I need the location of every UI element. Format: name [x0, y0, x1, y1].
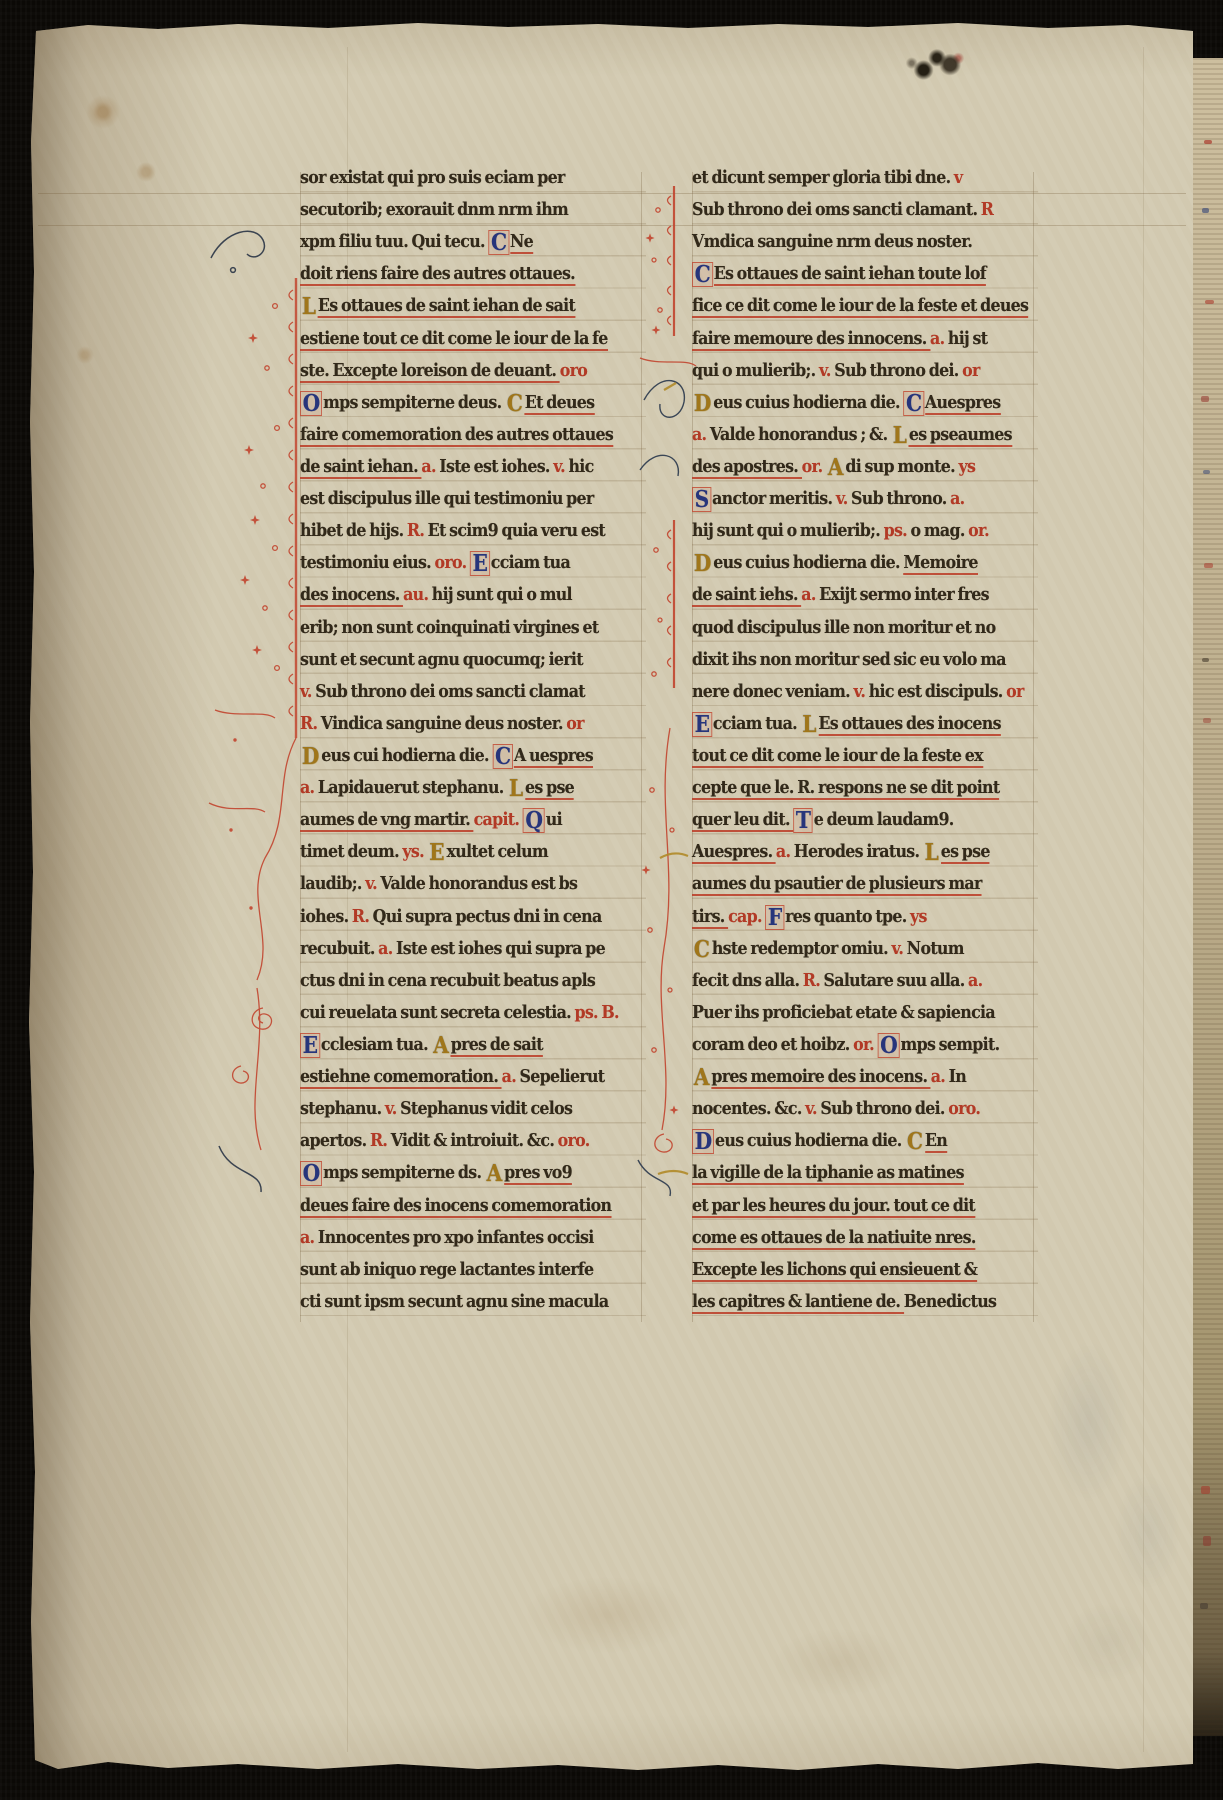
manuscript-text-line: Apres memoire des inocens. a. In: [692, 1061, 996, 1093]
illuminated-initial: E: [427, 841, 445, 864]
text-segment: aumes de vng martir.: [300, 809, 474, 832]
manuscript-text-line: Omps sempiterne ds. Apres vo9: [300, 1157, 604, 1189]
text-segment: v.: [365, 873, 380, 894]
manuscript-text-line: erib; non sunt coinquinati virgines et: [300, 612, 604, 644]
text-segment: Innocentes pro xpo infantes occisi: [318, 1227, 594, 1248]
manuscript-text-line: Sanctor meritis. v. Sub throno. a.: [692, 483, 996, 515]
text-segment: oro.: [434, 552, 469, 573]
text-column-left: sor existat qui pro suis eciam persecuto…: [300, 162, 646, 1318]
manuscript-text-line: est discipulus ille qui testimoniu per: [300, 483, 604, 515]
text-segment: Vidit & introiuit. &c.: [391, 1130, 558, 1151]
text-segment: ste. Excepte loreison de deuant.: [300, 360, 560, 383]
text-segment: pres memoire des inocens.: [711, 1066, 930, 1089]
text-segment: pres de sait: [451, 1034, 543, 1057]
text-segment: xultet celum: [447, 841, 548, 862]
text-segment: res quanto tpe.: [785, 906, 910, 927]
text-segment: a.: [300, 777, 318, 798]
manuscript-text-line: R. Vindica sanguine deus noster. or: [300, 708, 604, 740]
text-segment: sunt ab iniquo rege lactantes interfe: [300, 1259, 593, 1280]
text-segment: Auespres.: [692, 841, 776, 864]
manuscript-text-line: nere donec veniam. v. hic est discipuls.…: [692, 676, 996, 708]
fore-edge-speck: [1205, 300, 1214, 304]
manuscript-text-line: Deus cuius hodierna die. CEn: [692, 1125, 996, 1157]
text-segment: Et deues: [525, 392, 595, 415]
text-segment: oro.: [948, 1098, 980, 1119]
manuscript-text-line: Sub throno dei oms sancti clamant. R: [692, 194, 996, 226]
text-segment: a.: [968, 970, 982, 991]
manuscript-text-line: ctus dni in cena recubuit beatus apls: [300, 965, 604, 997]
manuscript-text-line: a. Valde honorandus ; &. Les pseaumes: [692, 419, 996, 451]
text-segment: a.: [378, 938, 396, 959]
fore-edge-speck: [1202, 658, 1209, 662]
text-segment: faire comemoration des autres ottaues: [300, 424, 613, 447]
text-segment: es pseaumes: [909, 424, 1012, 447]
text-segment: sunt et secunt agnu quocumq; ierit: [300, 649, 583, 670]
text-segment: v.: [300, 681, 315, 702]
text-segment: hij sunt qui o mulierib;.: [692, 520, 884, 541]
manuscript-text-line: iohes. R. Qui supra pectus dni in cena: [300, 901, 604, 933]
text-segment: Ne: [510, 231, 533, 254]
manuscript-text-line: Excepte les lichons qui ensieuent &: [692, 1254, 996, 1286]
text-segment: a.: [931, 1066, 949, 1087]
text-segment: qui o mulierib;.: [692, 360, 819, 381]
text-segment: v.: [853, 681, 868, 702]
manuscript-text-line: cti sunt ipsm secunt agnu sine macula: [300, 1286, 604, 1318]
text-segment: ctus dni in cena recubuit beatus apls: [300, 970, 595, 991]
illuminated-initial: A: [692, 1066, 711, 1089]
text-segment: Sub throno dei oms sancti clamant.: [692, 199, 981, 220]
fore-edge-speck: [1202, 208, 1209, 213]
illuminated-initial: L: [300, 295, 317, 318]
manuscript-text-line: a. Innocentes pro xpo infantes occisi: [300, 1222, 604, 1254]
text-segment: or.: [802, 456, 826, 477]
manuscript-text-line: recubuit. a. Iste est iohes qui supra pe: [300, 933, 604, 965]
text-segment: Sub throno dei.: [834, 360, 962, 381]
text-segment: hibet de hijs.: [300, 520, 407, 541]
text-segment: or: [566, 713, 584, 734]
illuminated-initial: O: [300, 1161, 322, 1186]
text-segment: a.: [930, 328, 948, 349]
text-segment: v.: [805, 1098, 820, 1119]
illuminated-initial: L: [891, 424, 908, 447]
illuminated-initial: L: [923, 841, 940, 864]
illuminated-initial: Q: [523, 808, 545, 833]
illuminated-initial: C: [505, 392, 524, 415]
manuscript-text-line: sunt ab iniquo rege lactantes interfe: [300, 1254, 604, 1286]
text-segment: erib; non sunt coinquinati virgines et: [300, 617, 598, 638]
text-segment: hij st: [948, 328, 987, 349]
text-segment: Memoire: [903, 552, 977, 575]
manuscript-text-line: Puer ihs proficiebat etate & sapiencia: [692, 997, 996, 1029]
text-segment: or: [1006, 681, 1024, 702]
text-segment: hic: [568, 456, 593, 477]
manuscript-text-line: Omps sempiterne deus. CEt deues: [300, 387, 604, 419]
parchment-page: sor existat qui pro suis eciam persecuto…: [28, 22, 1193, 1774]
text-segment: pres vo9: [504, 1162, 572, 1185]
text-segment: la vigille de la tiphanie as matines: [692, 1162, 964, 1185]
pen-flourish-left-margin: [205, 218, 305, 1218]
text-segment: Benedictus: [904, 1291, 997, 1312]
manuscript-text-line: sunt et secunt agnu quocumq; ierit: [300, 644, 604, 676]
text-segment: fecit dns alla.: [692, 970, 803, 991]
text-segment: R.: [370, 1130, 391, 1151]
manuscript-text-line: des inocens. au. hij sunt qui o mul: [300, 579, 604, 611]
illuminated-initial: E: [300, 1033, 320, 1058]
text-segment: faire memoure des innocens.: [692, 328, 930, 351]
text-segment: a.: [421, 456, 439, 477]
text-segment: eus cuius hodierna die.: [713, 392, 903, 413]
manuscript-text-line: xpm filiu tuu. Qui tecu. CNe: [300, 226, 604, 258]
text-segment: iohes.: [300, 906, 352, 927]
text-segment: a.: [502, 1066, 520, 1087]
manuscript-text-line: dixit ihs non moritur sed sic eu volo ma: [692, 644, 996, 676]
text-segment: quod discipulus ille non moritur et no: [692, 617, 995, 638]
manuscript-text-line: Deus cuius hodierna die. CAuespres: [692, 387, 996, 419]
text-segment: fice ce dit come le iour de la feste et …: [692, 295, 1028, 318]
text-segment: cti sunt ipsm secunt agnu sine macula: [300, 1291, 609, 1312]
text-segment: Valde honorandus ; &.: [710, 424, 891, 445]
manuscript-text-line: timet deum. ys. Exultet celum: [300, 836, 604, 868]
text-segment: R.: [352, 906, 373, 927]
manuscript-text-line: laudib;. v. Valde honorandus est bs: [300, 868, 604, 900]
manuscript-text-line: tirs. cap. Fres quanto tpe. ys: [692, 901, 996, 933]
text-segment: apertos.: [300, 1130, 370, 1151]
manuscript-photo: sor existat qui pro suis eciam persecuto…: [0, 0, 1223, 1800]
text-segment: R: [981, 199, 993, 220]
text-segment: stephanu.: [300, 1098, 385, 1119]
manuscript-text-line: estiehne comemoration. a. Sepelierut: [300, 1061, 604, 1093]
text-segment: coram deo et hoibz.: [692, 1034, 853, 1055]
manuscript-text-line: faire comemoration des autres ottaues: [300, 419, 604, 451]
text-segment: Qui supra pectus dni in cena: [373, 906, 602, 927]
text-segment: Sub throno dei oms sancti clamat: [315, 681, 585, 702]
illuminated-initial: O: [877, 1033, 899, 1058]
text-segment: cap.: [728, 906, 765, 927]
text-segment: ui: [546, 809, 562, 830]
manuscript-text-line: CEs ottaues de saint iehan toute lof: [692, 258, 996, 290]
text-segment: oro: [560, 360, 587, 381]
text-segment: cclesiam tua.: [321, 1034, 431, 1055]
illuminated-initial: L: [800, 713, 817, 736]
illuminated-initial: C: [492, 744, 513, 769]
manuscript-text-line: de saint iehan. a. Iste est iohes. v. hi…: [300, 451, 604, 483]
text-segment: Auespres: [925, 392, 1001, 415]
text-segment: R.: [803, 970, 824, 991]
text-segment: des apostres.: [692, 456, 802, 479]
text-segment: et par les heures du jour. tout ce dit: [692, 1195, 975, 1218]
fore-edge-speck: [1200, 1603, 1208, 1609]
text-segment: Sub throno dei.: [820, 1098, 948, 1119]
manuscript-text-line: aumes de vng martir. capit. Qui: [300, 804, 604, 836]
illuminated-initial: C: [905, 1130, 924, 1153]
text-segment: ps. B.: [574, 1002, 618, 1023]
text-segment: nere donec veniam.: [692, 681, 853, 702]
text-segment: hste redemptor omiu.: [712, 938, 892, 959]
text-segment: et dicunt semper gloria tibi dne.: [692, 167, 954, 188]
manuscript-text-line: a. Lapidauerut stephanu. Les pse: [300, 772, 604, 804]
ink-smudge: [903, 44, 967, 86]
text-segment: di sup monte.: [845, 456, 958, 477]
text-segment: eus cui hodierna die.: [321, 745, 492, 766]
text-segment: timet deum.: [300, 841, 402, 862]
text-segment: au.: [403, 584, 432, 605]
manuscript-text-line: de saint iehs. a. Exijt sermo inter fres: [692, 579, 996, 611]
illuminated-initial: A: [485, 1162, 504, 1185]
text-segment: v.: [836, 488, 851, 509]
text-segment: mps sempiterne ds.: [323, 1162, 485, 1183]
text-segment: Et scim9 quia veru est: [428, 520, 605, 541]
manuscript-text-line: tout ce dit come le iour de la feste ex: [692, 740, 996, 772]
text-segment: de saint iehan.: [300, 456, 421, 479]
illuminated-initial: A: [431, 1034, 450, 1057]
text-segment: Sub throno.: [851, 488, 950, 509]
illuminated-initial: L: [507, 777, 524, 800]
manuscript-text-line: les capitres & lantiene de. Benedictus: [692, 1286, 996, 1318]
fore-edge-speck: [1203, 470, 1210, 474]
manuscript-text-line: Auespres. a. Herodes iratus. Les pse: [692, 836, 996, 868]
text-segment: cui reuelata sunt secreta celestia.: [300, 1002, 574, 1023]
text-segment: Lapidauerut stephanu.: [318, 777, 507, 798]
text-segment: capit.: [474, 809, 523, 830]
text-segment: Salutare suu alla.: [824, 970, 968, 991]
text-segment: hij sunt qui o mul: [432, 584, 572, 605]
illuminated-initial: C: [692, 938, 711, 961]
text-segment: Exijt sermo inter fres: [819, 584, 989, 605]
manuscript-text-line: qui o mulierib;. v. Sub throno dei. or: [692, 355, 996, 387]
text-segment: In: [949, 1066, 967, 1087]
illuminated-initial: C: [488, 230, 509, 255]
text-segment: Valde honorandus est bs: [380, 873, 577, 894]
text-segment: tout ce dit come le iour de la feste ex: [692, 745, 983, 768]
text-segment: Puer ihs proficiebat etate & sapiencia: [692, 1002, 995, 1023]
fore-edge-speck: [1203, 718, 1211, 723]
text-segment: cciam tua.: [713, 713, 801, 734]
text-segment: or.: [853, 1034, 877, 1055]
text-segment: a.: [950, 488, 964, 509]
text-segment: eus cuius hodierna die.: [713, 552, 903, 573]
text-segment: v.: [819, 360, 834, 381]
text-segment: a.: [692, 424, 710, 445]
text-segment: Iste est iohes qui supra pe: [396, 938, 605, 959]
text-segment: cciam tua: [491, 552, 570, 573]
text-segment: or: [962, 360, 980, 381]
manuscript-text-line: fecit dns alla. R. Salutare suu alla. a.: [692, 965, 996, 997]
text-segment: estiehne comemoration.: [300, 1066, 502, 1089]
text-column-right: et dicunt semper gloria tibi dne. vSub t…: [692, 162, 1038, 1318]
manuscript-text-line: v. Sub throno dei oms sancti clamat: [300, 676, 604, 708]
text-segment: xpm filiu tuu. Qui tecu.: [300, 231, 488, 252]
manuscript-text-line: fice ce dit come le iour de la feste et …: [692, 290, 996, 322]
text-segment: v.: [891, 938, 906, 959]
text-segment: Es ottaues de saint iehan de sait: [318, 295, 575, 318]
text-segment: secutorib; exorauit dnm nrm ihm: [300, 199, 568, 220]
manuscript-text-line: doit riens faire des autres ottaues.: [300, 258, 604, 290]
text-segment: ys.: [402, 841, 427, 862]
text-segment: nocentes. &c.: [692, 1098, 805, 1119]
manuscript-text-line: cepte que le. R. respons ne se dit point: [692, 772, 996, 804]
text-segment: hic est discipuls.: [869, 681, 1006, 702]
text-segment: quer leu dit.: [692, 809, 793, 832]
text-segment: R.: [300, 713, 321, 734]
text-segment: estiene tout ce dit come le iour de la f…: [300, 328, 608, 351]
fore-edge-speck: [1201, 1486, 1210, 1494]
text-segment: laudib;.: [300, 873, 365, 894]
text-segment: En: [925, 1130, 947, 1153]
manuscript-text-line: Deus cui hodierna die. CA uespres: [300, 740, 604, 772]
text-segment: ys: [910, 906, 927, 927]
manuscript-text-line: come es ottaues de la natiuite nres.: [692, 1222, 996, 1254]
text-segment: or.: [968, 520, 989, 541]
illuminated-initial: T: [793, 808, 813, 833]
illuminated-initial: F: [765, 905, 784, 930]
text-segment: oro.: [558, 1130, 590, 1151]
text-segment: come es ottaues de la natiuite nres.: [692, 1227, 976, 1250]
manuscript-text-line: testimoniu eius. oro. Ecciam tua: [300, 547, 604, 579]
illuminated-initial: S: [692, 487, 711, 512]
text-segment: es pse: [941, 841, 990, 864]
text-segment: des inocens.: [300, 584, 403, 607]
text-segment: Excepte les lichons qui ensieuent &: [692, 1259, 977, 1282]
text-segment: Es ottaues de saint iehan toute lof: [714, 263, 986, 286]
illuminated-initial: D: [692, 552, 712, 575]
manuscript-text-line: coram deo et hoibz. or. Omps sempit.: [692, 1029, 996, 1061]
text-segment: deues faire des inocens comemoration: [300, 1195, 611, 1218]
manuscript-text-line: stephanu. v. Stephanus vidit celos: [300, 1093, 604, 1125]
illuminated-initial: E: [692, 712, 712, 737]
text-segment: Herodes iratus.: [794, 841, 923, 862]
manuscript-text-line: des apostres. or. Adi sup monte. ys: [692, 451, 996, 483]
text-segment: cepte que le. R. respons ne se dit point: [692, 777, 999, 800]
text-segment: tirs.: [692, 906, 728, 929]
manuscript-text-line: cui reuelata sunt secreta celestia. ps. …: [300, 997, 604, 1029]
fore-edge-speck: [1204, 563, 1213, 568]
text-segment: ys: [958, 456, 975, 477]
text-segment: o mag.: [910, 520, 968, 541]
manuscript-text-line: sor existat qui pro suis eciam per: [300, 162, 604, 194]
text-segment: eus cuius hodierna die.: [715, 1130, 905, 1151]
text-segment: Iste est iohes.: [439, 456, 553, 477]
text-segment: sor existat qui pro suis eciam per: [300, 167, 565, 188]
text-segment: anctor meritis.: [712, 488, 836, 509]
manuscript-text-line: ste. Excepte loreison de deuant. oro: [300, 355, 604, 387]
text-segment: Notum: [907, 938, 964, 959]
text-segment: A uespres: [514, 745, 593, 768]
text-segment: aumes du psautier de plusieurs mar: [692, 873, 982, 896]
text-segment: dixit ihs non moritur sed sic eu volo ma: [692, 649, 1006, 670]
illuminated-initial: E: [470, 551, 490, 576]
text-segment: recubuit.: [300, 938, 378, 959]
illuminated-initial: O: [300, 391, 322, 416]
text-segment: Sepelierut: [519, 1066, 604, 1087]
manuscript-text-line: aumes du psautier de plusieurs mar: [692, 868, 996, 900]
text-segment: es pse: [525, 777, 574, 800]
manuscript-text-line: Chste redemptor omiu. v. Notum: [692, 933, 996, 965]
text-segment: testimoniu eius.: [300, 552, 434, 573]
manuscript-text-line: LEs ottaues de saint iehan de sait: [300, 290, 604, 322]
text-segment: mps sempiterne deus.: [323, 392, 505, 413]
manuscript-text-line: Vmdica sanguine nrm deus noster.: [692, 226, 996, 258]
text-segment: doit riens faire des autres ottaues.: [300, 263, 575, 286]
manuscript-text-line: faire memoure des innocens. a. hij st: [692, 323, 996, 355]
text-segment: Vindica sanguine deus noster.: [321, 713, 567, 734]
text-segment: ps.: [884, 520, 911, 541]
text-segment: v: [954, 167, 963, 188]
text-segment: mps sempit.: [901, 1034, 1000, 1055]
fore-edge-speck: [1203, 1536, 1211, 1546]
manuscript-text-line: deues faire des inocens comemoration: [300, 1190, 604, 1222]
text-segment: Stephanus vidit celos: [400, 1098, 572, 1119]
manuscript-text-line: estiene tout ce dit come le iour de la f…: [300, 323, 604, 355]
text-segment: e deum laudam9.: [814, 809, 954, 830]
illuminated-initial: A: [826, 456, 845, 479]
manuscript-text-line: nocentes. &c. v. Sub throno dei. oro.: [692, 1093, 996, 1125]
manuscript-text-line: hij sunt qui o mulierib;. ps. o mag. or.: [692, 515, 996, 547]
illuminated-initial: C: [903, 391, 924, 416]
illuminated-initial: C: [692, 262, 713, 287]
text-segment: les capitres & lantiene de.: [692, 1291, 904, 1314]
manuscript-text-line: secutorib; exorauit dnm nrm ihm: [300, 194, 604, 226]
text-segment: Vmdica sanguine nrm deus noster.: [692, 231, 972, 252]
illuminated-initial: D: [692, 392, 712, 415]
manuscript-text-line: Deus cuius hodierna die. Memoire: [692, 547, 996, 579]
illuminated-initial: D: [300, 745, 320, 768]
manuscript-text-line: hibet de hijs. R. Et scim9 quia veru est: [300, 515, 604, 547]
manuscript-text-line: Ecciam tua. LEs ottaues des inocens: [692, 708, 996, 740]
illuminated-initial: D: [692, 1129, 714, 1154]
text-segment: v.: [553, 456, 568, 477]
fore-edge-speck: [1201, 396, 1209, 402]
manuscript-text-line: quer leu dit. Te deum laudam9.: [692, 804, 996, 836]
text-segment: a.: [300, 1227, 318, 1248]
manuscript-text-line: et dicunt semper gloria tibi dne. v: [692, 162, 996, 194]
manuscript-text-line: et par les heures du jour. tout ce dit: [692, 1190, 996, 1222]
manuscript-text-line: Ecclesiam tua. Apres de sait: [300, 1029, 604, 1061]
fore-edge-speck: [1204, 140, 1212, 144]
text-segment: R.: [407, 520, 428, 541]
manuscript-text-line: la vigille de la tiphanie as matines: [692, 1157, 996, 1189]
show-through-ghost: [1018, 1292, 1203, 1732]
manuscript-text-line: quod discipulus ille non moritur et no: [692, 612, 996, 644]
text-segment: de saint iehs.: [692, 584, 801, 607]
text-segment: a.: [801, 584, 819, 605]
text-segment: Es ottaues des inocens: [818, 713, 1000, 736]
manuscript-text-line: apertos. R. Vidit & introiuit. &c. oro.: [300, 1125, 604, 1157]
text-segment: a.: [776, 841, 794, 862]
text-segment: v.: [385, 1098, 400, 1119]
text-segment: est discipulus ille qui testimoniu per: [300, 488, 594, 509]
